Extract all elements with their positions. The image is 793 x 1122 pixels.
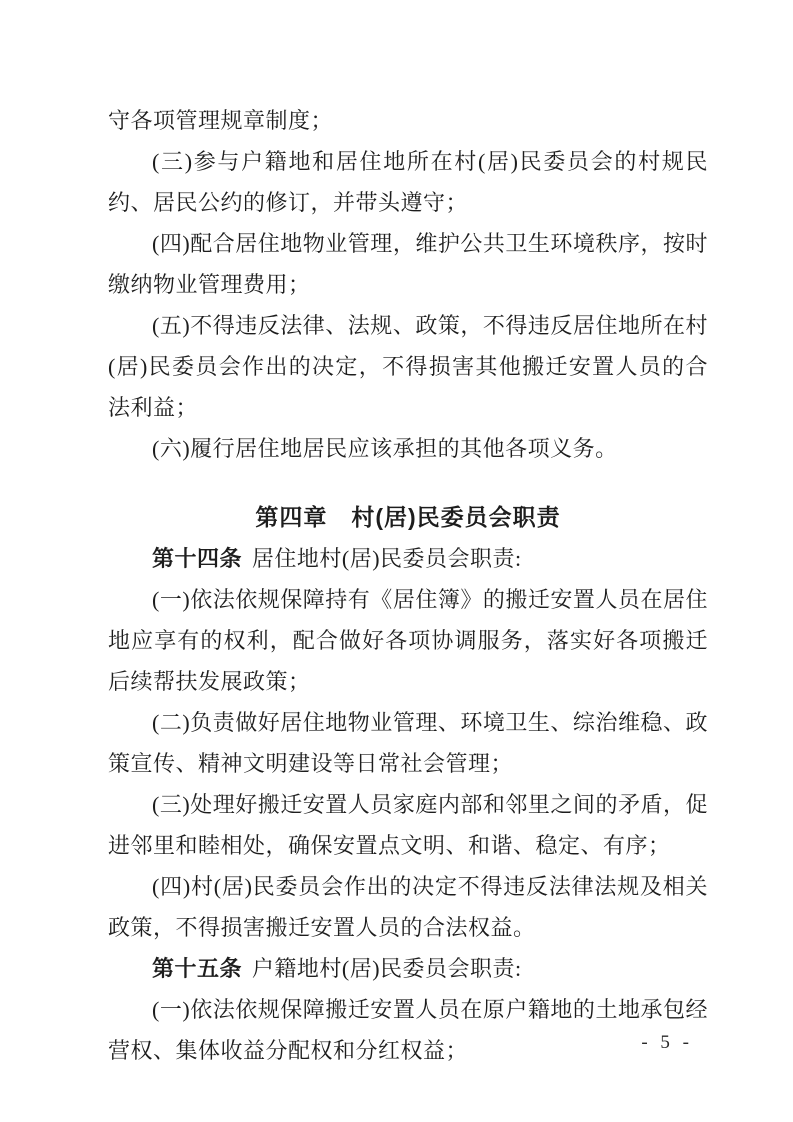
list-item-paragraph: (一)依法依规保障搬迁安置人员在原户籍地的土地承包经营权、集体收益分配权和分红权…	[108, 989, 708, 1071]
list-item-paragraph: (一)依法依规保障持有《居住簿》的搬迁安置人员在居住地应享有的权利，配合做好各项…	[108, 579, 708, 702]
article-lead: 第十四条	[152, 546, 242, 571]
body-paragraph-continuation: 守各项管理规章制度；	[108, 100, 708, 141]
document-page: 守各项管理规章制度； (三)参与户籍地和居住地所在村(居)民委员会的村规民约、居…	[0, 0, 793, 1122]
list-item-paragraph: (五)不得违反法律、法规、政策，不得违反居住地所在村(居)民委员会作出的决定，不…	[108, 305, 708, 428]
article-title-text: 户籍地村(居)民委员会职责:	[252, 956, 522, 981]
page-number: - 5 -	[641, 1031, 693, 1055]
article-paragraph: 第十五条户籍地村(居)民委员会职责:	[108, 948, 708, 989]
document-body: 守各项管理规章制度； (三)参与户籍地和居住地所在村(居)民委员会的村规民约、居…	[108, 100, 708, 1071]
chapter-heading: 第四章 村(居)民委员会职责	[108, 497, 708, 538]
article-paragraph: 第十四条居住地村(居)民委员会职责:	[108, 538, 708, 579]
list-item-paragraph: (二)负责做好居住地物业管理、环境卫生、综治维稳、政策宣传、精神文明建设等日常社…	[108, 702, 708, 784]
list-item-paragraph: (四)村(居)民委员会作出的决定不得违反法律法规及相关政策，不得损害搬迁安置人员…	[108, 866, 708, 948]
list-item-paragraph: (三)参与户籍地和居住地所在村(居)民委员会的村规民约、居民公约的修订，并带头遵…	[108, 141, 708, 223]
list-item-paragraph: (六)履行居住地居民应该承担的其他各项义务。	[108, 428, 708, 469]
list-item-paragraph: (三)处理好搬迁安置人员家庭内部和邻里之间的矛盾，促进邻里和睦相处，确保安置点文…	[108, 784, 708, 866]
list-item-paragraph: (四)配合居住地物业管理，维护公共卫生环境秩序，按时缴纳物业管理费用；	[108, 223, 708, 305]
article-title-text: 居住地村(居)民委员会职责:	[252, 546, 522, 571]
article-lead: 第十五条	[152, 956, 242, 981]
